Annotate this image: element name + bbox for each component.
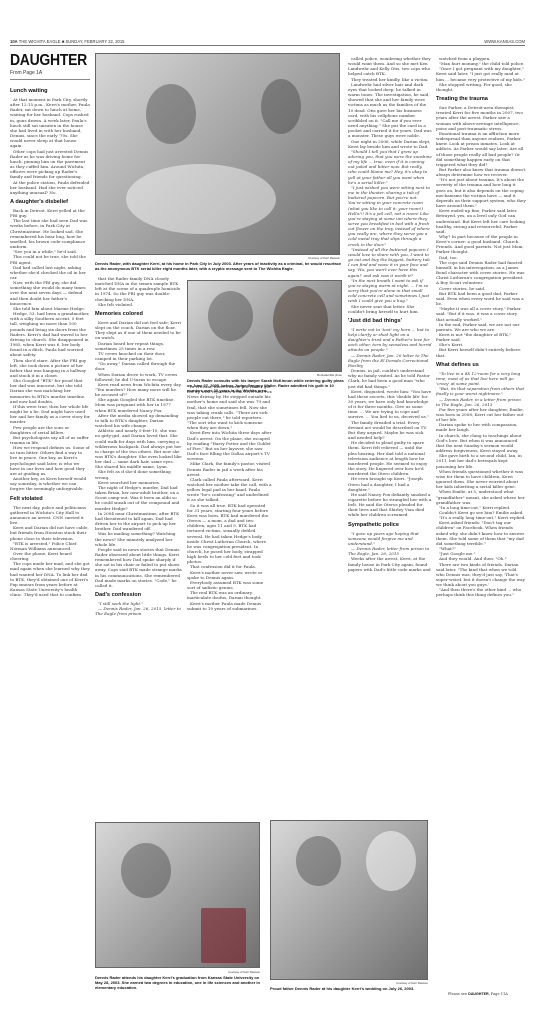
subhead: Sympathetic police [348, 521, 432, 529]
paragraph: He decided to plead guilty to spare them… [348, 440, 432, 476]
paragraph: Kerri and Darian did not feel safe; Kerr… [95, 320, 182, 341]
paragraph: "Go away," Darian called through the doo… [95, 361, 182, 371]
pull-quote: "But, its that separation from others th… [436, 386, 526, 396]
paragraph: People said in news stories that Dennis … [95, 547, 182, 588]
paragraph: She gave birth to a second child, Ian, i… [436, 453, 526, 468]
paragraph: Now, with the FBI guy, she did something… [10, 280, 90, 306]
pull-quote: "In the next breath I want to ask if you… [348, 278, 432, 304]
paragraph: called police, wondering whether they wo… [348, 56, 432, 77]
subhead: Felt violated [10, 495, 90, 503]
paragraph: Mike Clark, the family's pastor, visited… [187, 461, 272, 476]
photo-rader-guilty-plea [187, 280, 342, 372]
paragraph: The next day, police and politicians gat… [10, 505, 90, 526]
paragraph: He even brought up Kerri. "Joseph Otero … [348, 476, 432, 491]
photo-wedding [270, 820, 428, 980]
subhead: What defines us [436, 361, 526, 369]
newspaper-page: 10A THE WICHITA EAGLE ■ SUNDAY, FEBRUARY… [0, 0, 535, 1023]
photo-credit: Courtesy of Kerri Rawson [260, 256, 340, 260]
section-title: DAUGHTER [10, 50, 87, 68]
paragraph: At the police station, Paula defended he… [10, 180, 90, 195]
continuation-note: Please see DAUGHTER, Page 11A [448, 992, 508, 996]
pull-quote: — Dennis Rader, Jan. 26, 2015, letter to… [95, 606, 182, 616]
paragraph: Weeks after the arrest, Kerri, at the fa… [348, 556, 432, 571]
continuation-page: Page 11A [491, 992, 508, 996]
square-bullet-icon: ■ [62, 39, 65, 44]
paragraph: The last time she had seen Dad was weeks… [10, 218, 90, 249]
paragraph: Other cops had just arrested Dennis Rade… [10, 149, 90, 180]
article-column-5: watched from a playpen."Man hurt mommy,"… [436, 56, 526, 986]
pull-quote: "I just wished you were sitting next to … [348, 185, 432, 247]
paragraph: She felt violated. [95, 302, 182, 307]
paragraph: So it was all true. BTK had operated for… [187, 503, 272, 565]
paragraph: Another key, as Kerri herself would say … [10, 476, 90, 491]
paragraph: One night in 2006, while Darian slept, K… [348, 139, 432, 149]
pull-quote: — Dennis Rader, Jan. 20 letter to The Ea… [348, 353, 432, 368]
subhead: 'Just did bad things' [348, 317, 432, 325]
paragraph: At that moment in Park City, shortly aft… [10, 97, 90, 149]
paragraph: After the media showed up demanding to t… [95, 413, 182, 428]
paragraph: "It's not just about trauma. It's about … [436, 177, 526, 208]
paragraph: When friends questioned whether it was w… [436, 469, 526, 490]
photo-rader-with-daughter [95, 53, 340, 255]
pull-quote: "To live in a 8X 12'room for a very long… [436, 371, 526, 386]
paragraph: In the end, Parker said, we are not our … [436, 322, 526, 332]
photo-credit: Bo Rader/File photo [262, 373, 342, 377]
subhead: A daughter's disbelief [10, 198, 90, 206]
paragraph: Darian heard her repeat things, sometime… [95, 341, 182, 351]
paragraph: Few people are the sons or daughters of … [10, 425, 90, 435]
continuation-label[interactable]: DAUGHTER, [468, 992, 489, 996]
pull-quote: — Dennis Rader, letter from prison to Th… [348, 546, 432, 556]
paragraph: "Maybe it was all a cover story," Parker… [436, 306, 526, 321]
website-link[interactable]: WWW.KANSAS.COM [484, 39, 525, 44]
paragraph: How we respond defines us. Some of us tu… [10, 445, 90, 476]
paragraph: When Emilie, at 5, understood what "gran… [436, 489, 526, 504]
divider [10, 79, 90, 80]
paragraph: She stopped writing. For good, she thoug… [436, 82, 526, 92]
folio-left: 10A THE WICHITA EAGLE ■ SUNDAY, FEBRUARY… [10, 39, 125, 44]
paragraph: Athletic and nearly 5-feet-10, she was n… [95, 428, 182, 469]
paragraph: In church, she clung to teachings about … [436, 433, 526, 454]
paragraph: Kerri and Darian did not have cable, but… [10, 525, 90, 540]
subhead: Lunch waiting [10, 87, 90, 95]
paragraph: She again Googled the BTK timeline. Mom … [95, 397, 182, 412]
paragraph: "BTK is arrested," Police Chief Norman W… [10, 541, 90, 551]
paragraph: Then she'd stare. After the FBI guy left… [10, 358, 90, 379]
paragraph: Everybody assumed BTK was some sort of s… [187, 580, 272, 590]
photo-credit: Courtesy of Kerri Rawson [180, 970, 260, 974]
paragraph: The family dreaded a trial. Every devian… [348, 420, 432, 441]
paragraph: Clark called Paula afterward. Kerri watc… [187, 477, 272, 503]
photo-graduation [95, 822, 260, 968]
paragraph: When Darian drove to work, TV crews foll… [95, 372, 182, 382]
paragraph: For five years after her daughter, Emili… [436, 407, 526, 422]
paragraph: The night of Hedge's murder, Dad had tak… [95, 485, 182, 511]
paragraph: Landwehr had silver hair and dark eyes t… [348, 82, 432, 139]
paragraph: Kerri, disgusted, wrote him: "You have h… [348, 389, 432, 420]
paragraph: Kerri asked friends: "Don't tag our chil… [436, 520, 526, 546]
pull-quote: "I write not to 'toot' my horn ... but t… [348, 327, 432, 353]
photo-caption: Proud father Dennis Rader at his daughte… [270, 986, 430, 991]
photo-caption: Dennis Rader attends his daughter Kerri'… [95, 975, 260, 990]
paragraph: Kerri's mother never saw, wrote or spoke… [187, 570, 272, 580]
paragraph: Dennis, in jail, couldn't understand why… [348, 368, 432, 389]
paragraph: He said Nancy Fox defiantly smoked a cig… [348, 492, 432, 518]
paragraph: Back in Detroit, Kerri yelled at the FBI… [10, 208, 90, 218]
article-column-3: In Wichita, Kerri's uncle Jeff Rader got… [187, 384, 272, 804]
subhead: Treating the trauma [436, 95, 526, 103]
pull-quote: "I gave up years ago hoping that someone… [348, 531, 432, 546]
paragraph: But psychologists say all of us suffer t… [10, 435, 90, 445]
pull-quote: — Dennis Rader, in a letter from prison … [436, 397, 526, 407]
paragraph: The cops said Dennis Rader had fancied h… [436, 260, 526, 286]
pull-quote: "Instead of all the buttered popcorn I w… [348, 247, 432, 278]
paragraph: But Parker also knew that trauma doesn't… [436, 167, 526, 177]
paragraph: Kerri flew into Wichita three days after… [187, 430, 272, 461]
paragraph: Emotional trauma is an affliction more w… [436, 131, 526, 167]
continuation-prefix: Please see [448, 992, 467, 996]
paragraph: But Kerri herself didn't entirely believ… [436, 347, 526, 357]
subhead: Dad's confession [95, 591, 182, 599]
subhead: Memories colored [95, 310, 182, 318]
pull-quote: "Should I tell you that I grew up adorin… [348, 149, 432, 185]
paper-name: THE WICHITA EAGLE [19, 39, 61, 44]
paragraph: She never sent that letter. She couldn't… [348, 304, 432, 314]
paragraph: This could not be true, she told the FBI… [10, 254, 90, 264]
paragraph: She felt as if she'd done something wron… [95, 469, 182, 479]
paragraph: Was he mailing something? Watching the n… [95, 531, 182, 546]
paragraph: The cops made her mad, and she got mad a… [10, 561, 90, 597]
paragraph: "Once I got pregnant with my daughter," … [436, 66, 526, 81]
photo-caption: Dennis Rader consults with his lawyer Sa… [187, 378, 347, 393]
paragraph: Kerri is not "the daughter of BTK," Park… [436, 332, 526, 342]
paragraph: Darian spoke to her with compassion, mad… [436, 422, 526, 432]
article-column-4: called police, wondering whether they wo… [348, 56, 432, 576]
paragraph: Kerri ended up fine, Parker said later. … [436, 208, 526, 234]
paragraph: "And then there's the other kind ... who… [436, 587, 526, 597]
photo-credit: Courtesy of Kerri Rawson [348, 981, 428, 985]
article-column-1: Lunch waitingAt that moment in Park City… [10, 84, 90, 934]
paragraph: In 2004 near Christmastime, after BTK ha… [95, 511, 182, 532]
paragraph: The real BTK was an ordinary, inarticula… [187, 590, 272, 600]
paragraph: Sue Parker, a Detroit-area therapist, tr… [436, 105, 526, 131]
paragraph: She Googled "BTK" for proof that her dad… [10, 378, 90, 404]
photo-caption: Dennis Rader, with daughter Kerri, at hi… [95, 261, 343, 271]
paragraph: Over the phone, Kerri heard cheering. [10, 551, 90, 561]
paragraph: TV crews knocked on their door, camped i… [95, 351, 182, 361]
paragraph: But BTK had been a good dad, Parker said… [436, 291, 526, 306]
paragraph: Kerri read news from Wichita every day. … [95, 382, 182, 397]
issue-date: SUNDAY, FEBRUARY 22, 2015 [65, 39, 124, 44]
paragraph: Kerri's mother Paula made Dennis submit … [187, 601, 272, 611]
article-column-2: that the Rader family DNA closely matche… [95, 276, 182, 806]
from-page-label: From Page 1A [10, 70, 42, 76]
paragraph: If this were true, then her whole life m… [10, 404, 90, 425]
paragraph: Dad had called last night, asking whethe… [10, 265, 90, 280]
paragraph: that the Rader family DNA closely matche… [95, 276, 182, 302]
page-folio: 10A THE WICHITA EAGLE ■ SUNDAY, FEBRUARY… [10, 36, 525, 46]
paragraph: There are two kinds of friends, Darian s… [436, 562, 526, 588]
paragraph: Hedge, 53, had been a grandmother, with … [10, 311, 90, 357]
paragraph: Why? In part because of the people in Ke… [436, 234, 526, 255]
page-number: 10A [10, 39, 18, 44]
